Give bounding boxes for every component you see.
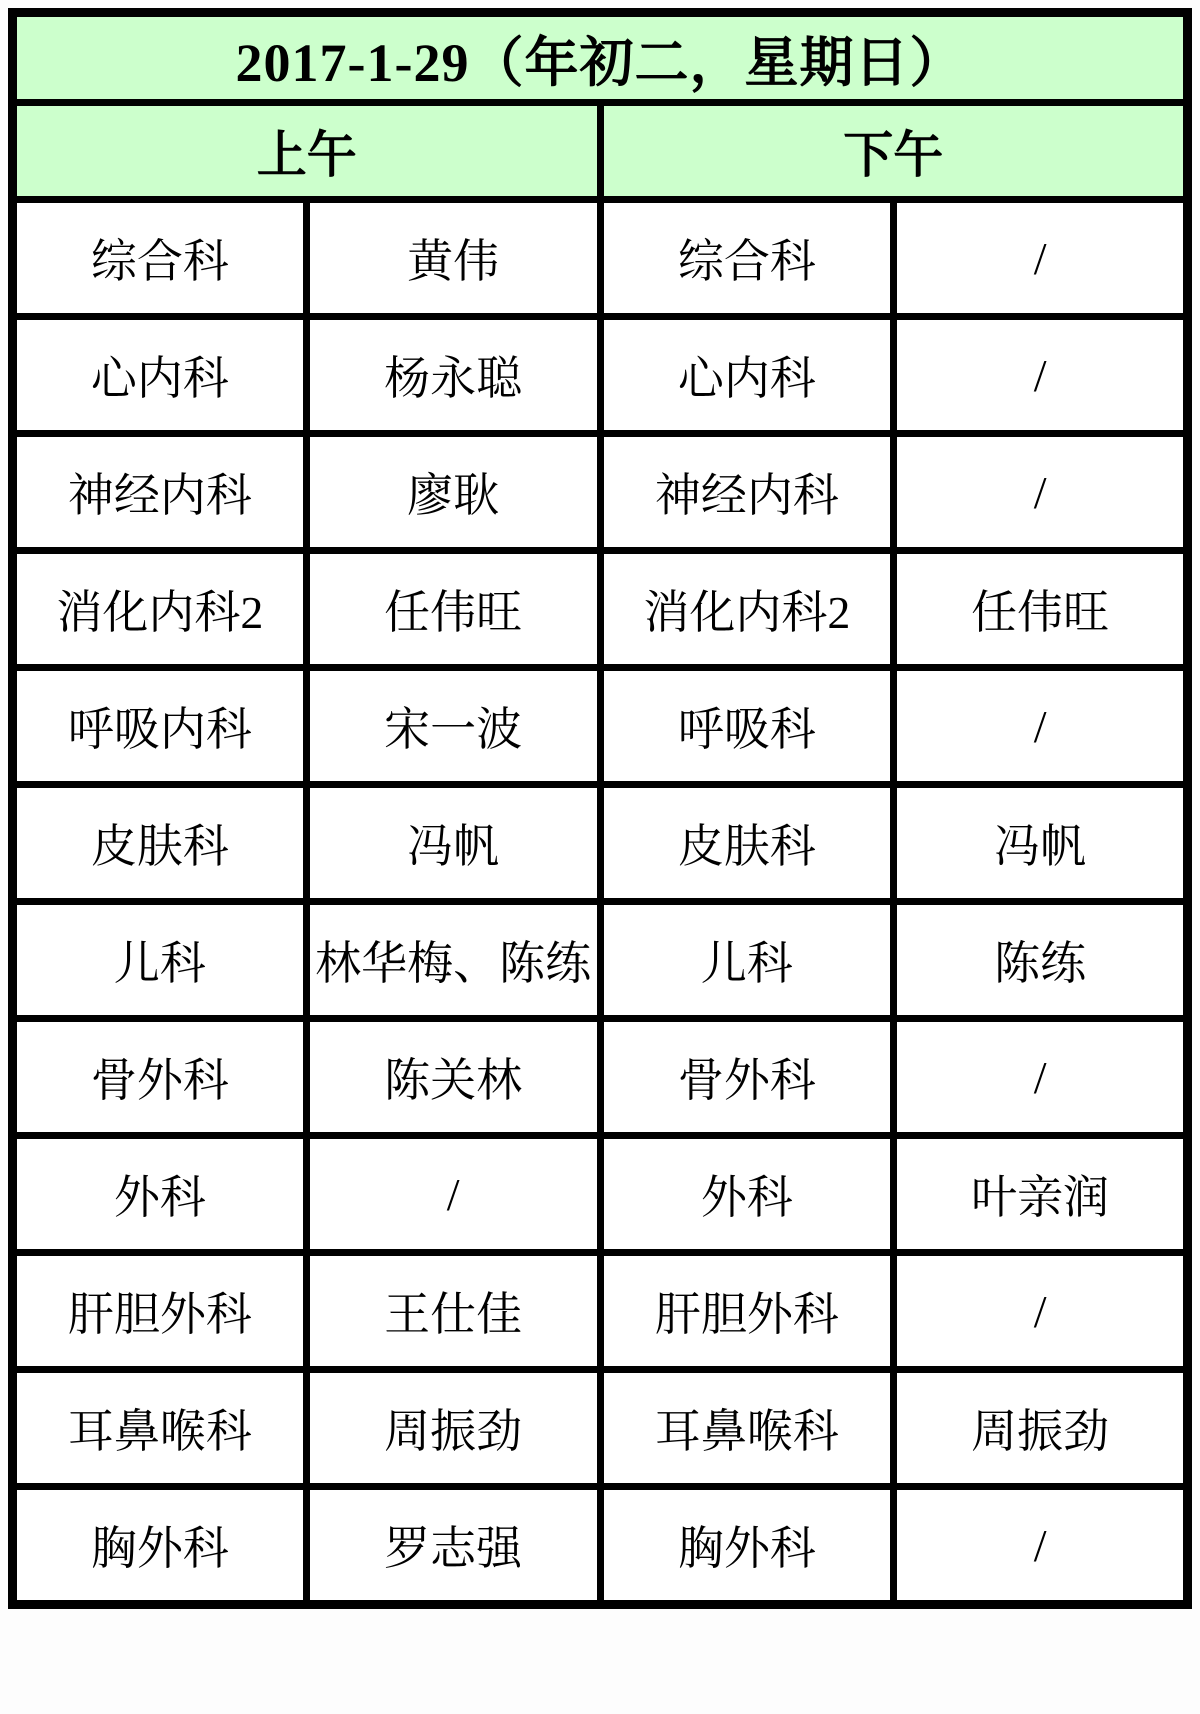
cell-afternoon-department: 消化内科2 [600,551,894,668]
cell-morning-department: 肝胆外科 [13,1253,307,1370]
cell-morning-doctor: 廖耿 [306,434,600,551]
cell-morning-doctor: / [306,1136,600,1253]
cell-morning-doctor: 任伟旺 [306,551,600,668]
schedule-row: 骨外科 陈关林 骨外科 / [13,1019,1188,1136]
cell-morning-doctor: 罗志强 [306,1487,600,1605]
cell-morning-doctor: 黄伟 [306,200,600,317]
cell-afternoon-doctor: 任伟旺 [894,551,1188,668]
schedule-row: 消化内科2 任伟旺 消化内科2 任伟旺 [13,551,1188,668]
cell-afternoon-doctor: / [894,668,1188,785]
cell-morning-doctor: 冯帆 [306,785,600,902]
schedule-row: 皮肤科 冯帆 皮肤科 冯帆 [13,785,1188,902]
schedule-row: 综合科 黄伟 综合科 / [13,200,1188,317]
cell-morning-doctor: 周振劲 [306,1370,600,1487]
cell-morning-department: 神经内科 [13,434,307,551]
schedule-title-row: 2017-1-29（年初二，星期日） [13,13,1188,103]
cell-afternoon-doctor: / [894,434,1188,551]
schedule-row: 心内科 杨永聪 心内科 / [13,317,1188,434]
cell-afternoon-doctor: / [894,317,1188,434]
cell-afternoon-department: 儿科 [600,902,894,1019]
cell-afternoon-doctor: / [894,1253,1188,1370]
session-header-row: 上午 下午 [13,103,1188,200]
cell-morning-doctor: 林华梅、陈练 [306,902,600,1019]
cell-afternoon-department: 神经内科 [600,434,894,551]
cell-afternoon-department: 骨外科 [600,1019,894,1136]
cell-afternoon-department: 综合科 [600,200,894,317]
cell-afternoon-doctor: / [894,1487,1188,1605]
cell-afternoon-department: 呼吸科 [600,668,894,785]
cell-afternoon-department: 外科 [600,1136,894,1253]
schedule-row: 肝胆外科 王仕佳 肝胆外科 / [13,1253,1188,1370]
schedule-body: 综合科 黄伟 综合科 / 心内科 杨永聪 心内科 / 神经内科 廖耿 神经内科 … [13,200,1188,1605]
cell-afternoon-department: 胸外科 [600,1487,894,1605]
cell-afternoon-doctor: / [894,1019,1188,1136]
cell-afternoon-department: 皮肤科 [600,785,894,902]
duty-schedule-page: 2017-1-29（年初二，星期日） 上午 下午 综合科 黄伟 综合科 / 心内… [0,0,1200,1714]
cell-afternoon-doctor: 陈练 [894,902,1188,1019]
cell-morning-doctor: 杨永聪 [306,317,600,434]
cell-morning-department: 儿科 [13,902,307,1019]
cell-afternoon-doctor: 冯帆 [894,785,1188,902]
session-header-afternoon: 下午 [600,103,1188,200]
cell-morning-department: 综合科 [13,200,307,317]
cell-morning-doctor: 王仕佳 [306,1253,600,1370]
cell-afternoon-doctor: 叶亲润 [894,1136,1188,1253]
schedule-title: 2017-1-29（年初二，星期日） [13,13,1188,103]
schedule-row: 儿科 林华梅、陈练 儿科 陈练 [13,902,1188,1019]
schedule-row: 神经内科 廖耿 神经内科 / [13,434,1188,551]
schedule-row: 外科 / 外科 叶亲润 [13,1136,1188,1253]
cell-afternoon-doctor: 周振劲 [894,1370,1188,1487]
cell-morning-department: 骨外科 [13,1019,307,1136]
cell-afternoon-department: 心内科 [600,317,894,434]
cell-morning-department: 呼吸内科 [13,668,307,785]
schedule-table: 2017-1-29（年初二，星期日） 上午 下午 综合科 黄伟 综合科 / 心内… [8,8,1192,1609]
schedule-row: 呼吸内科 宋一波 呼吸科 / [13,668,1188,785]
cell-morning-department: 消化内科2 [13,551,307,668]
session-header-morning: 上午 [13,103,601,200]
cell-afternoon-department: 耳鼻喉科 [600,1370,894,1487]
cell-morning-department: 皮肤科 [13,785,307,902]
cell-morning-department: 耳鼻喉科 [13,1370,307,1487]
cell-morning-department: 胸外科 [13,1487,307,1605]
schedule-row: 胸外科 罗志强 胸外科 / [13,1487,1188,1605]
cell-afternoon-department: 肝胆外科 [600,1253,894,1370]
cell-morning-department: 心内科 [13,317,307,434]
cell-afternoon-doctor: / [894,200,1188,317]
cell-morning-department: 外科 [13,1136,307,1253]
cell-morning-doctor: 宋一波 [306,668,600,785]
cell-morning-doctor: 陈关林 [306,1019,600,1136]
schedule-row: 耳鼻喉科 周振劲 耳鼻喉科 周振劲 [13,1370,1188,1487]
